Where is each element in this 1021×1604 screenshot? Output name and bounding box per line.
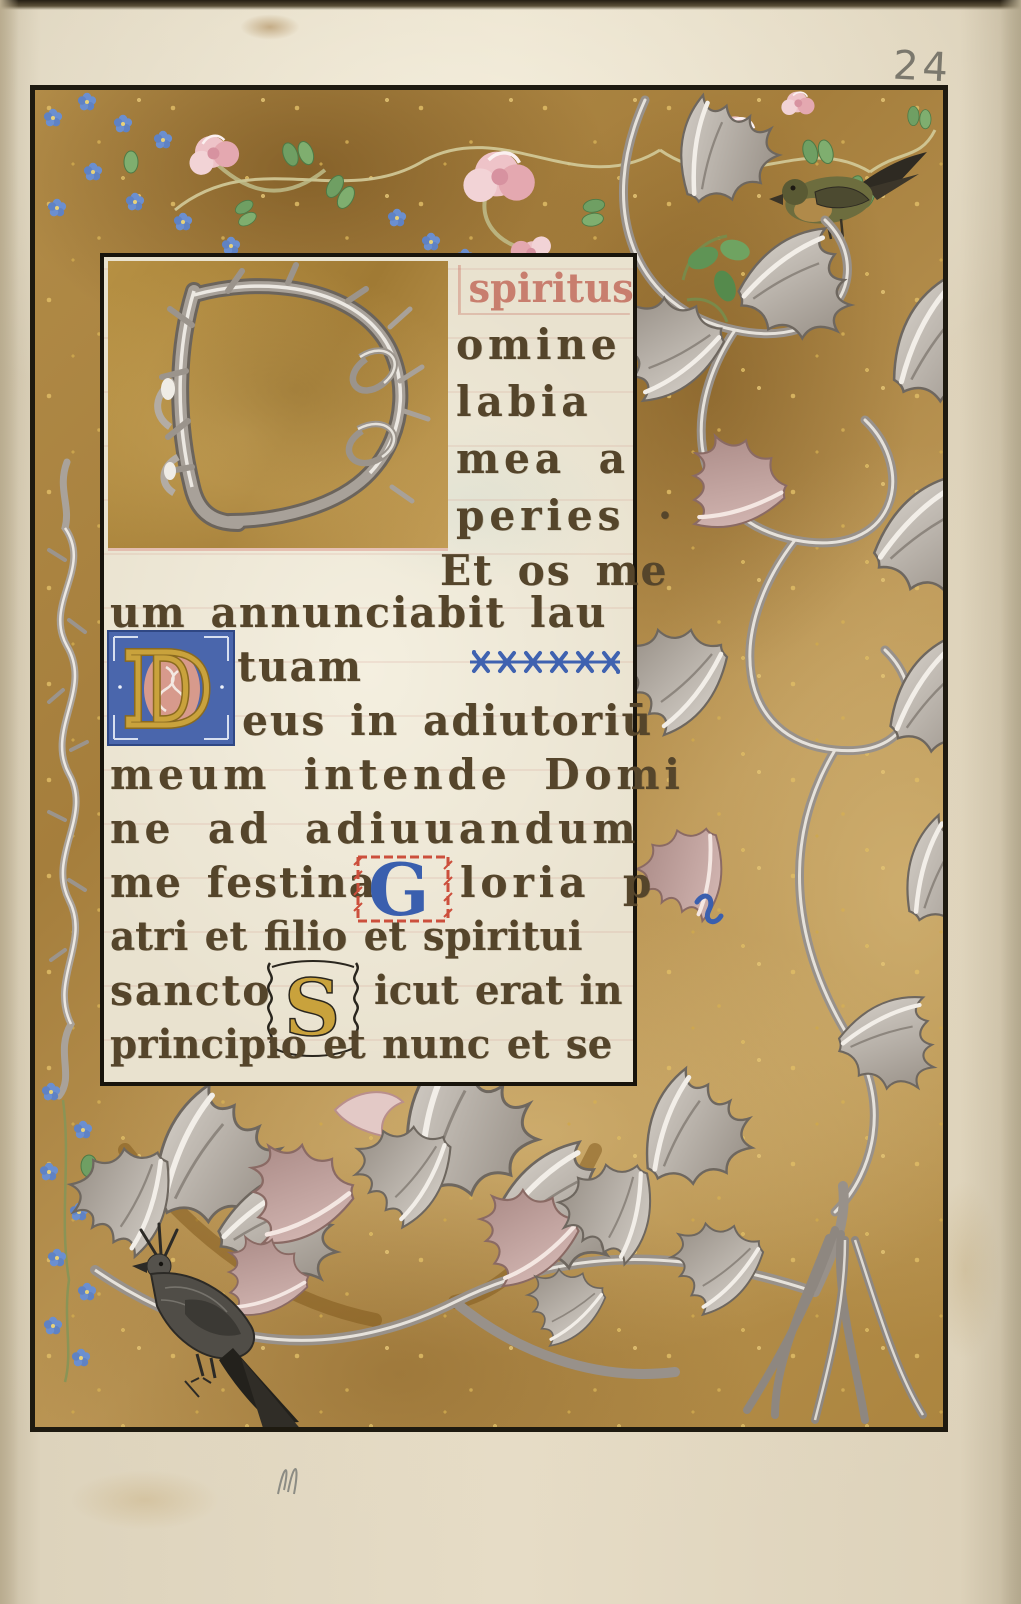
book-edge-top <box>0 0 1021 10</box>
illuminated-border-frame: spiritus omine labia mea a peries · Et o… <box>30 85 948 1432</box>
text-line: eus in adiutoriū <box>242 695 653 747</box>
text-panel: spiritus omine labia mea a peries · Et o… <box>100 253 637 1086</box>
rubric: spiritus <box>458 265 630 315</box>
bottom-border-acanthus <box>59 1028 923 1420</box>
initial-deus: D D <box>106 629 236 747</box>
text-line: me festina <box>110 857 377 909</box>
text-line: atri et filio et spiritui <box>110 911 582 963</box>
left-border-branchwork <box>40 462 97 1382</box>
songbird-icon <box>769 152 927 239</box>
illuminated-initial-domine <box>108 261 448 548</box>
stain <box>240 14 300 40</box>
text-line: loria p <box>460 857 656 909</box>
svg-text:D: D <box>124 631 211 747</box>
text-line: mea a <box>456 433 630 485</box>
text-line: ne ad adiuuandum <box>110 803 640 855</box>
text-line: peries · <box>456 490 677 542</box>
text-line: labia <box>456 376 592 428</box>
manuscript-page-scan: 24 <box>0 0 1021 1604</box>
right-border-acanthus <box>602 90 943 1212</box>
gold-initial-block <box>108 261 448 548</box>
text-line: sancto <box>110 965 271 1017</box>
text-line: meum intende Domi <box>110 749 685 801</box>
text-line: omine <box>456 319 622 371</box>
pencil-mark <box>268 1448 308 1508</box>
stain <box>70 1470 220 1530</box>
page-edge-left <box>0 0 22 1604</box>
page-edge-right <box>995 0 1021 1604</box>
text-line: icut erat in <box>374 965 622 1017</box>
text-line: principio et nunc et se <box>110 1019 612 1071</box>
line-filler <box>466 649 624 675</box>
